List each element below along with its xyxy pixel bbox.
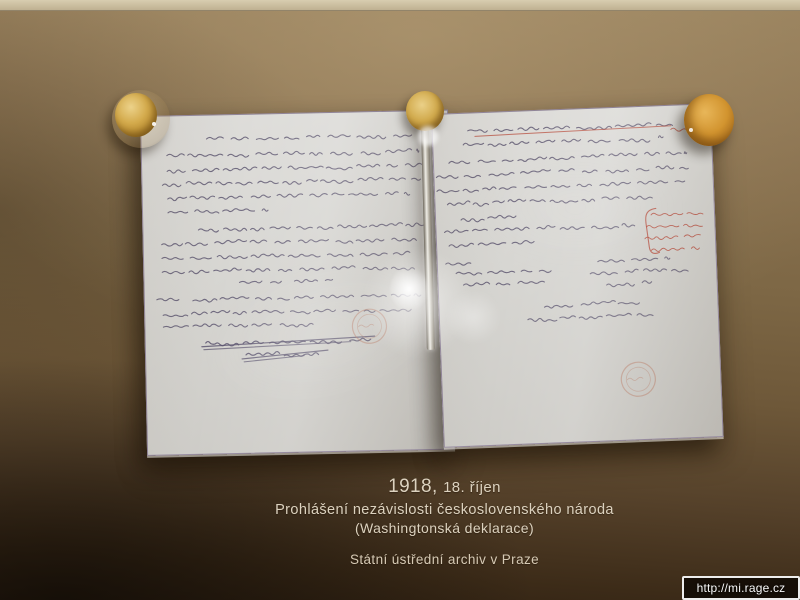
caption-subtitle: (Washingtonská deklarace): [252, 520, 637, 536]
watermark-box: http://mi.rage.cz: [682, 576, 800, 600]
pin-left-sparkle: [152, 122, 156, 126]
pin-right-icon: [684, 94, 734, 146]
caption-archive: Státní ústřední archiv v Praze: [252, 552, 637, 567]
pin-left-icon: [115, 93, 157, 137]
caption-date: 1918, 18. říjen: [252, 476, 637, 498]
watermark-url: http://mi.rage.cz: [697, 581, 786, 595]
document-left: [140, 110, 455, 456]
caption-year: 1918,: [388, 476, 438, 497]
caption-title: Prohlášení nezávislosti československého…: [252, 502, 637, 518]
document-right: [431, 103, 724, 448]
caption-day: 18. říjen: [443, 479, 501, 496]
handwriting-right: [432, 104, 723, 446]
handwriting-left: [141, 111, 454, 455]
display-top-edge: [0, 0, 800, 11]
pin-middle-icon: [406, 91, 444, 131]
exhibit-caption: 1918, 18. říjen Prohlášení nezávislosti …: [252, 476, 637, 567]
exhibit-photo: 1918, 18. říjen Prohlášení nezávislosti …: [0, 0, 800, 600]
pin-right-sparkle: [689, 128, 693, 132]
